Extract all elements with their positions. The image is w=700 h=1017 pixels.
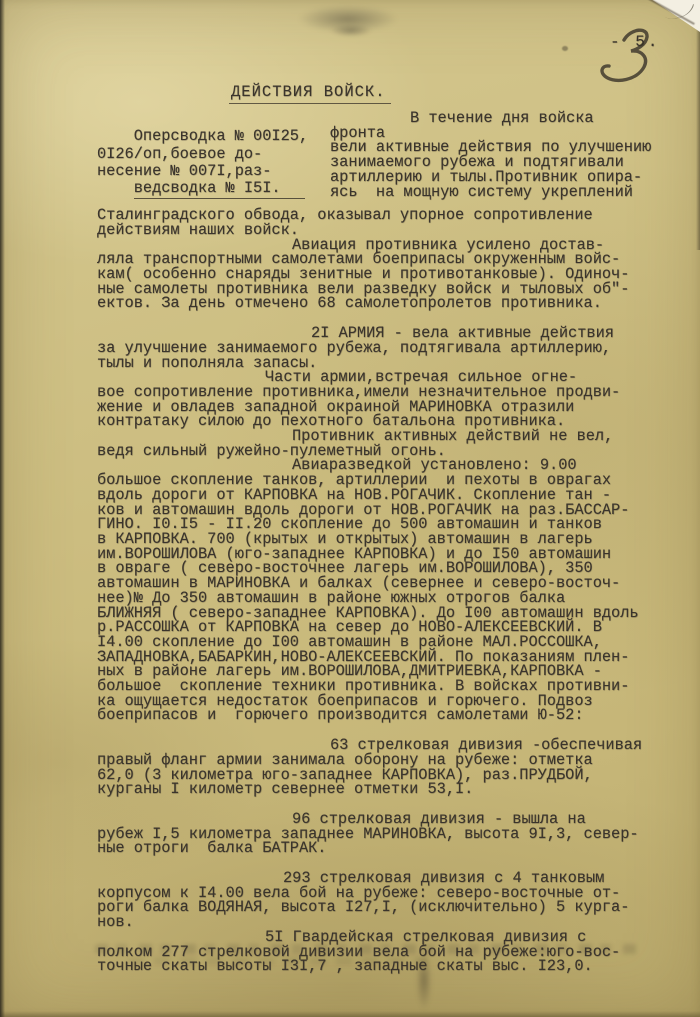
enemy-activity: Противник активных действий не вел, ведя… <box>97 429 657 458</box>
ink-smudge-small <box>330 24 372 37</box>
army-units: Части армии,встречая сильное огне- вое с… <box>97 370 657 429</box>
opening-summary-continued: Сталинградского обвода, оказывал упорное… <box>97 208 657 237</box>
document-body: В течение дня войска фронта вели активны… <box>97 111 657 974</box>
scan-right-edge-shadow <box>696 20 700 250</box>
aviation-activity: Авиация противника усилено достав- ляла … <box>97 238 657 312</box>
air-recon: Авиаразведкой установлено: 9.00 большое … <box>97 458 657 723</box>
stray-mark <box>562 46 568 51</box>
army-21: 2I АРМИЯ - вела активные действия за улу… <box>97 326 657 370</box>
scan-left-edge-shadow <box>0 0 5 1017</box>
document-title: ДЕЙСТВИЯ ВОЙСК. <box>229 83 391 104</box>
division-63: 63 стрелковая дивизия -обеспечивая правы… <box>97 738 657 797</box>
division-293: 293 стрелковая дивизия с 4 танковым корп… <box>97 871 657 930</box>
division-96: 96 стрелковая дивизия - вышла на рубеж I… <box>97 812 657 856</box>
handwritten-page-mark <box>596 24 676 96</box>
opening-summary: В течение дня войска фронта вели активны… <box>330 111 657 199</box>
scan-bottom-edge-shadow <box>0 1011 700 1017</box>
division-51: 5I Гвардейская стрелковая дивизия с полк… <box>97 930 657 974</box>
scanned-document-page: - 5. ДЕЙСТВИЯ ВОЙСК. Оперсводка № 00I25,… <box>0 0 700 1017</box>
